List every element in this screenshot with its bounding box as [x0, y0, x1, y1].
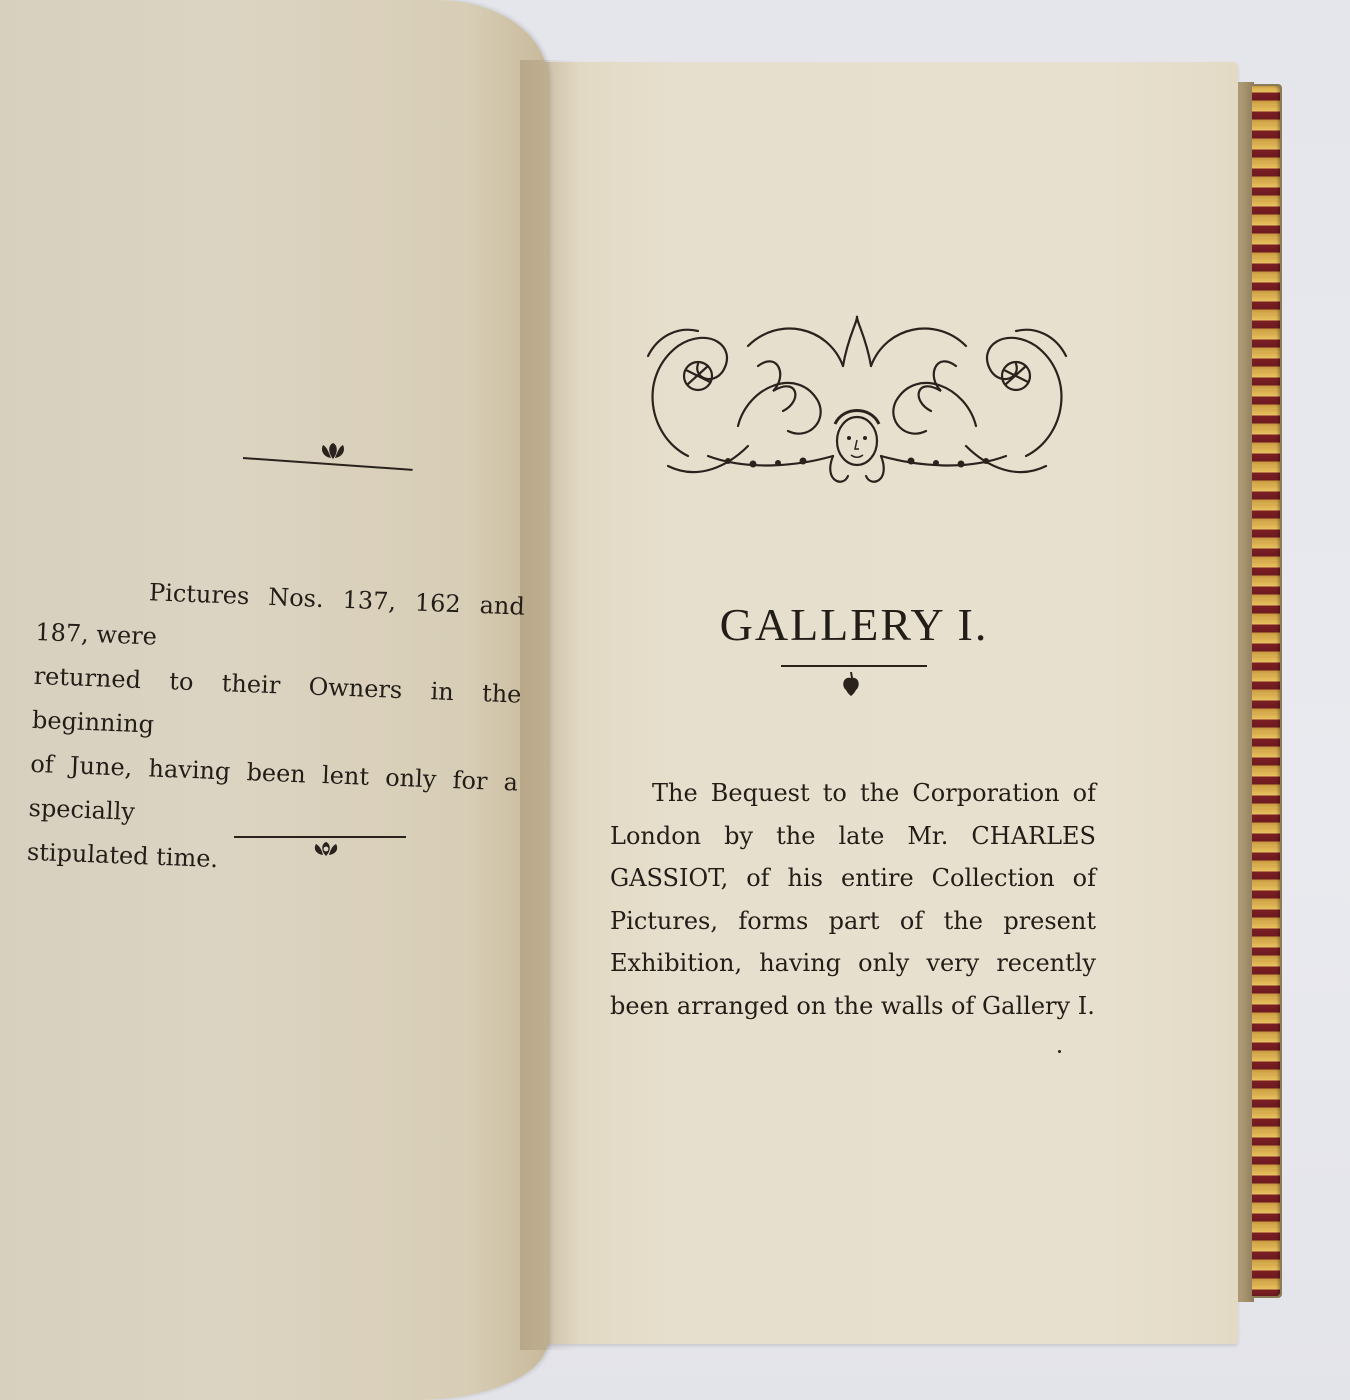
paragraph-line: Pictures, forms part of the present: [610, 900, 1096, 943]
bequest-paragraph: The Bequest to the Corporation of London…: [610, 772, 1096, 1027]
paragraph-line: GASSIOT, of his entire Collection of: [610, 857, 1096, 900]
paragraph-line: London by the late Mr. CHARLES: [610, 815, 1096, 858]
paragraph-line: Exhibition, having only very recently: [610, 942, 1096, 985]
returned-pictures-paragraph: Pictures Nos. 137, 162 and 187, were ret…: [26, 566, 525, 893]
right-page: [540, 62, 1238, 1344]
paragraph-line: been arranged on the walls of Gallery I.: [610, 985, 1096, 1028]
lotus-fleuron-icon: [311, 840, 341, 858]
bottom-ornament-rule: [234, 836, 406, 838]
paragraph-line: The Bequest to the Corporation of: [610, 772, 1096, 815]
lotus-fleuron-icon: [318, 441, 348, 461]
title-rule: [781, 665, 927, 667]
gilt-binding-edge: [1252, 86, 1280, 1296]
acanthus-headpiece-icon: [628, 306, 1086, 494]
ivy-leaf-icon: [840, 670, 862, 698]
paper-speck: [1058, 1050, 1061, 1053]
mask-face: [835, 411, 879, 466]
page-title: GALLERY I.: [640, 598, 1068, 651]
